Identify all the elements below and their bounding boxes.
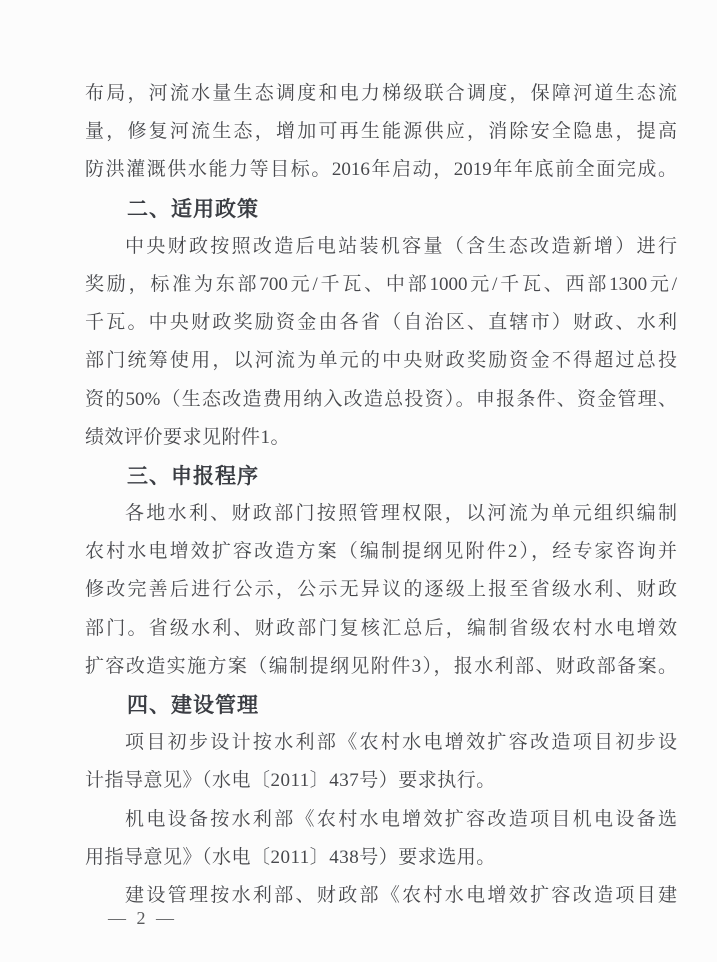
text-line: 奖励，标准为东部700元/千瓦、中部1000元/千瓦、西部1300元/ [85, 266, 677, 304]
text-line: 农村水电增效扩容改造方案（编制提纲见附件2），经专家咨询并 [85, 533, 677, 571]
text-line: 量，修复河流生态，增加可再生能源供应，消除安全隐患，提高 [85, 113, 677, 151]
text-line: 机电设备按水利部《农村水电增效扩容改造项目机电设备选 [85, 801, 677, 839]
text-line: 各地水利、财政部门按照管理权限，以河流为单元组织编制 [85, 495, 677, 533]
text-line: 部门统筹使用，以河流为单元的中央财政奖励资金不得超过总投 [85, 342, 677, 380]
text-line: 计指导意见》（水电〔2011〕437号）要求执行。 [85, 762, 677, 800]
text-line: 中央财政按照改造后电站装机容量（含生态改造新增）进行 [85, 228, 677, 266]
text-line: 千瓦。中央财政奖励资金由各省（自治区、直辖市）财政、水利 [85, 304, 677, 342]
text-line: 防洪灌溉供水能力等目标。2016年启动，2019年年底前全面完成。 [85, 151, 677, 189]
section-heading: 四、建设管理 [85, 686, 677, 724]
document-page: 布局，河流水量生态调度和电力梯级联合调度，保障河道生态流量，修复河流生态，增加可… [0, 0, 717, 962]
text-line: 绩效评价要求见附件1。 [85, 419, 677, 457]
text-line: 布局，河流水量生态调度和电力梯级联合调度，保障河道生态流 [85, 75, 677, 113]
document-body: 布局，河流水量生态调度和电力梯级联合调度，保障河道生态流量，修复河流生态，增加可… [85, 75, 677, 915]
section-heading: 二、适用政策 [85, 190, 677, 228]
text-line: 项目初步设计按水利部《农村水电增效扩容改造项目初步设 [85, 724, 677, 762]
text-line: 用指导意见》（水电〔2011〕438号）要求选用。 [85, 839, 677, 877]
text-line: 修改完善后进行公示，公示无异议的逐级上报至省级水利、财政 [85, 571, 677, 609]
text-line: 资的50%（生态改造费用纳入改造总投资）。申报条件、资金管理、 [85, 381, 677, 419]
section-heading: 三、申报程序 [85, 457, 677, 495]
text-line: 部门。省级水利、财政部门复核汇总后，编制省级农村水电增效 [85, 610, 677, 648]
text-line: 扩容改造实施方案（编制提纲见附件3），报水利部、财政部备案。 [85, 648, 677, 686]
page-number: — 2 — [108, 908, 177, 928]
